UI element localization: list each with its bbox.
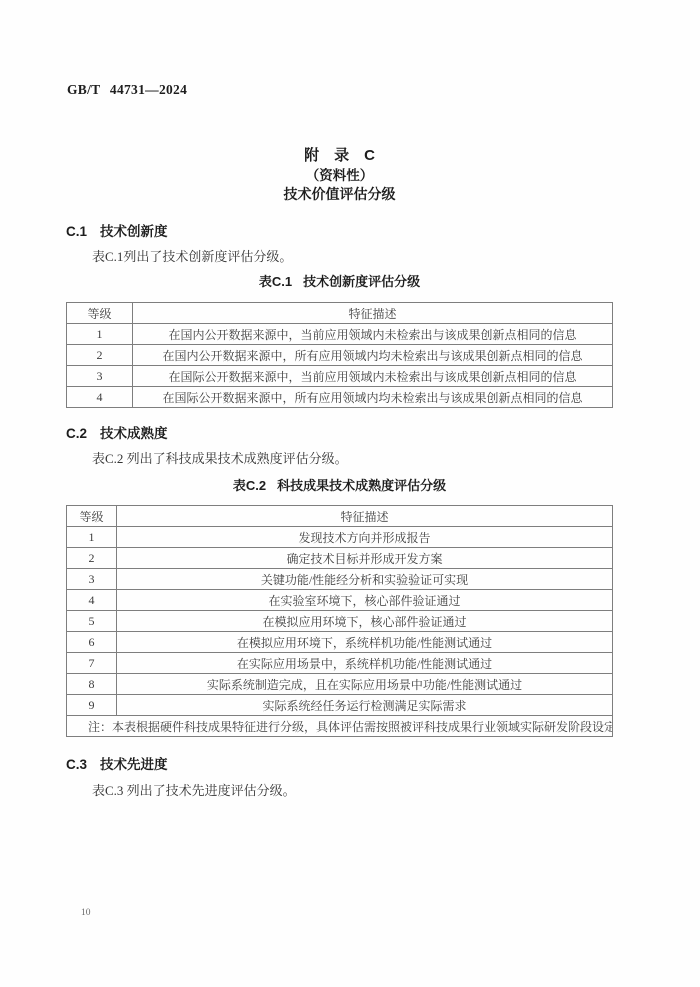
- innovation-grading-table: 等级特征描述1在国内公开数据来源中，当前应用领域内未检索出与该成果创新点相同的信…: [66, 302, 613, 408]
- section-c2-body: 表C.2 列出了科技成果技术成熟度评估分级。: [66, 448, 613, 467]
- grade-cell: 4: [67, 387, 133, 408]
- section-c1-number: C.1: [66, 224, 87, 239]
- description-cell: 确定技术目标并形成开发方案: [117, 548, 613, 569]
- section-c3-body: 表C.3 列出了技术先进度评估分级。: [66, 780, 613, 799]
- table-row: 5在模拟应用环境下，核心部件验证通过: [67, 611, 613, 632]
- grade-cell: 8: [67, 674, 117, 695]
- appendix-title: 附 录 C: [66, 146, 613, 166]
- appendix-title-block: 附 录 C （资料性） 技术价值评估分级: [66, 146, 613, 204]
- description-cell: 在国际公开数据来源中，所有应用领域内均未检索出与该成果创新点相同的信息: [133, 387, 613, 408]
- table-row: 4在国际公开数据来源中，所有应用领域内均未检索出与该成果创新点相同的信息: [67, 387, 613, 408]
- grade-cell: 3: [67, 569, 117, 590]
- grade-cell: 4: [67, 590, 117, 611]
- section-c2-number: C.2: [66, 426, 87, 441]
- grade-cell: 3: [67, 366, 133, 387]
- grade-cell: 1: [67, 324, 133, 345]
- table-row: 1在国内公开数据来源中，当前应用领域内未检索出与该成果创新点相同的信息: [67, 324, 613, 345]
- table-c2-caption-title: 科技成果技术成熟度评估分级: [277, 478, 446, 493]
- section-c1-heading: C.1技术创新度: [66, 220, 613, 240]
- table-row: 6在模拟应用环境下，系统样机功能/性能测试通过: [67, 632, 613, 653]
- table-row: 8实际系统制造完成，且在实际应用场景中功能/性能测试通过: [67, 674, 613, 695]
- grade-cell: 6: [67, 632, 117, 653]
- table-c1-caption-title: 技术创新度评估分级: [303, 274, 420, 289]
- section-c3-title: 技术先进度: [100, 757, 168, 772]
- table-row: 3关键功能/性能经分析和实验验证可实现: [67, 569, 613, 590]
- table-c2-caption: 表C.2科技成果技术成熟度评估分级: [66, 475, 613, 494]
- description-cell: 在实验室环境下，核心部件验证通过: [117, 590, 613, 611]
- table-row: 1发现技术方向并形成报告: [67, 527, 613, 548]
- table-row: 3在国际公开数据来源中，当前应用领域内未检索出与该成果创新点相同的信息: [67, 366, 613, 387]
- appendix-subject-title: 技术价值评估分级: [66, 185, 613, 204]
- grade-cell: 2: [67, 548, 117, 569]
- standard-code: GB/T 44731—2024: [67, 82, 187, 98]
- table-row: 2确定技术目标并形成开发方案: [67, 548, 613, 569]
- description-cell: 在实际应用场景中，系统样机功能/性能测试通过: [117, 653, 613, 674]
- description-cell: 在模拟应用环境下，核心部件验证通过: [117, 611, 613, 632]
- table-header-row: 等级特征描述: [67, 303, 613, 324]
- table-c1-caption-number: 表C.1: [259, 274, 292, 289]
- description-cell: 在模拟应用环境下，系统样机功能/性能测试通过: [117, 632, 613, 653]
- column-header: 特征描述: [133, 303, 613, 324]
- description-cell: 关键功能/性能经分析和实验验证可实现: [117, 569, 613, 590]
- column-header: 特征描述: [117, 506, 613, 527]
- table-note-cell: 注：本表根据硬件科技成果特征进行分级，具体评估需按照被评科技成果行业领域实际研发…: [67, 716, 613, 737]
- column-header: 等级: [67, 303, 133, 324]
- column-header: 等级: [67, 506, 117, 527]
- description-cell: 在国内公开数据来源中，所有应用领域内均未检索出与该成果创新点相同的信息: [133, 345, 613, 366]
- description-cell: 实际系统制造完成，且在实际应用场景中功能/性能测试通过: [117, 674, 613, 695]
- document-page: GB/T 44731—2024 附 录 C （资料性） 技术价值评估分级 C.1…: [0, 0, 700, 987]
- table-row: 4在实验室环境下，核心部件验证通过: [67, 590, 613, 611]
- table-header-row: 等级特征描述: [67, 506, 613, 527]
- description-cell: 实际系统经任务运行检测满足实际需求: [117, 695, 613, 716]
- page-number: 10: [81, 908, 91, 918]
- grade-cell: 9: [67, 695, 117, 716]
- description-cell: 发现技术方向并形成报告: [117, 527, 613, 548]
- section-c1-body: 表C.1列出了技术创新度评估分级。: [66, 246, 613, 265]
- section-c1-title: 技术创新度: [100, 224, 168, 239]
- description-cell: 在国内公开数据来源中，当前应用领域内未检索出与该成果创新点相同的信息: [133, 324, 613, 345]
- table-note-row: 注：本表根据硬件科技成果特征进行分级，具体评估需按照被评科技成果行业领域实际研发…: [67, 716, 613, 737]
- section-c2-heading: C.2技术成熟度: [66, 422, 613, 442]
- section-c2-title: 技术成熟度: [100, 426, 168, 441]
- appendix-normative-label: （资料性）: [66, 166, 613, 185]
- table-row: 2在国内公开数据来源中，所有应用领域内均未检索出与该成果创新点相同的信息: [67, 345, 613, 366]
- maturity-grading-table: 等级特征描述1发现技术方向并形成报告2确定技术目标并形成开发方案3关键功能/性能…: [66, 505, 613, 737]
- table-c1-caption: 表C.1技术创新度评估分级: [66, 271, 613, 290]
- section-c3-number: C.3: [66, 757, 87, 772]
- grade-cell: 1: [67, 527, 117, 548]
- table-row: 9实际系统经任务运行检测满足实际需求: [67, 695, 613, 716]
- table-row: 7在实际应用场景中，系统样机功能/性能测试通过: [67, 653, 613, 674]
- grade-cell: 2: [67, 345, 133, 366]
- section-c3-heading: C.3技术先进度: [66, 753, 613, 773]
- grade-cell: 7: [67, 653, 117, 674]
- grade-cell: 5: [67, 611, 117, 632]
- description-cell: 在国际公开数据来源中，当前应用领域内未检索出与该成果创新点相同的信息: [133, 366, 613, 387]
- table-c2-caption-number: 表C.2: [233, 478, 266, 493]
